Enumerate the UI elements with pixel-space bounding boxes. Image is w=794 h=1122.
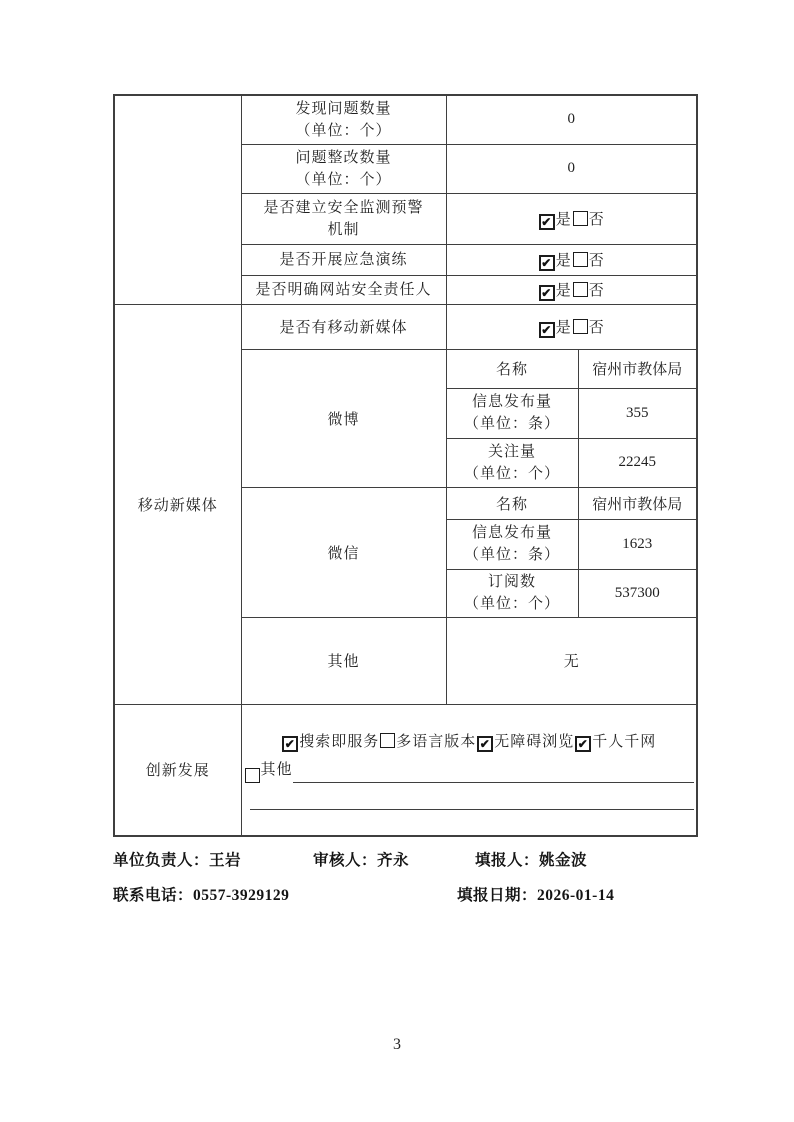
- phone-label: 联系电话：: [113, 887, 193, 904]
- label-line: 是否开展应急演练: [244, 249, 444, 271]
- check-icon: ✔: [541, 256, 552, 270]
- label-unit-line: （单位：条）: [449, 544, 576, 566]
- cell-wechat-title: 微信: [241, 487, 446, 617]
- phone-value: 0557-3929129: [193, 887, 289, 904]
- cell-security-owner-label: 是否明确网站安全责任人: [241, 275, 446, 304]
- cell-wechat-posts-label: 信息发布量 （单位：条）: [446, 519, 578, 569]
- cell-monitor-warning-value: ✔是✔否: [446, 193, 697, 244]
- cell-section-innovation: 创新发展: [114, 704, 241, 836]
- cell-wechat-subscribers-label: 订阅数 （单位：个）: [446, 569, 578, 617]
- cell-found-issues-label: 发现问题数量 （单位：个）: [241, 95, 446, 144]
- checkbox-no-icon: ✔: [573, 282, 588, 297]
- checkbox-other-icon: ✔: [245, 768, 260, 783]
- cell-weibo-posts-label: 信息发布量 （单位：条）: [446, 388, 578, 438]
- yes-no-group: ✔是✔否: [538, 283, 605, 299]
- innovation-extra-line: [244, 793, 695, 810]
- filler-label: 填报人：: [475, 852, 539, 869]
- label-line: 是否建立安全监测预警: [244, 197, 444, 219]
- filler-field: 填报人：姚金波: [475, 848, 587, 870]
- extra-fill-in-line: [250, 793, 695, 810]
- cell-other-media-value: 无: [446, 617, 697, 704]
- yes-label: 是: [556, 212, 572, 228]
- label-line: 问题整改数量: [244, 147, 444, 169]
- yes-label: 是: [556, 283, 572, 299]
- filler-value: 姚金波: [539, 852, 587, 869]
- yes-no-group: ✔是✔否: [538, 320, 605, 336]
- label-line: 订阅数: [449, 571, 576, 593]
- option-personalized-label: 千人千网: [592, 734, 656, 750]
- cell-other-media-label: 其他: [241, 617, 446, 704]
- yes-no-group: ✔是✔否: [538, 212, 605, 228]
- check-icon: ✔: [578, 737, 589, 751]
- no-label: 否: [589, 253, 605, 269]
- cell-wechat-name-value: 宿州市教体局: [578, 487, 697, 519]
- report-date-field: 填报日期：2026-01-14: [457, 883, 614, 905]
- cell-wechat-name-label: 名称: [446, 487, 578, 519]
- checkbox-yes-icon: ✔: [539, 255, 555, 271]
- reviewer-field: 审核人：齐永: [313, 848, 409, 870]
- check-icon: ✔: [541, 286, 552, 300]
- option-search-service-label: 搜索即服务: [299, 734, 379, 750]
- cell-has-mobile-media-value: ✔是✔否: [446, 304, 697, 349]
- cell-monitor-warning-label: 是否建立安全监测预警 机制: [241, 193, 446, 244]
- label-line: 信息发布量: [449, 522, 576, 544]
- checkbox-yes-icon: ✔: [539, 285, 555, 301]
- report-page: 发现问题数量 （单位：个） 0 问题整改数量 （单位：个） 0 是否建立安全监测…: [0, 0, 794, 1122]
- cell-section-mobile-media: 移动新媒体: [114, 304, 241, 704]
- yes-label: 是: [556, 320, 572, 336]
- checkbox-accessibility-icon: ✔: [477, 736, 493, 752]
- option-multilingual-label: 多语言版本: [396, 734, 476, 750]
- no-label: 否: [589, 320, 605, 336]
- label-line: 关注量: [449, 441, 576, 463]
- label-unit-line: （单位：个）: [449, 463, 576, 485]
- check-icon: ✔: [541, 323, 552, 337]
- cell-wechat-subscribers-value: 537300: [578, 569, 697, 617]
- checkbox-personalized-icon: ✔: [575, 736, 591, 752]
- label-line: 是否明确网站安全责任人: [244, 279, 444, 301]
- innovation-options-line: ✔搜索即服务✔多语言版本✔无障碍浏览✔千人千网: [244, 729, 695, 755]
- check-icon: ✔: [541, 215, 552, 229]
- cell-has-mobile-media-label: 是否有移动新媒体: [241, 304, 446, 349]
- cell-weibo-title: 微博: [241, 349, 446, 487]
- checkbox-search-service-icon: ✔: [282, 736, 298, 752]
- report-date-label: 填报日期：: [457, 887, 537, 904]
- label-line: 发现问题数量: [244, 98, 444, 120]
- innovation-other-line: ✔其他: [244, 757, 695, 783]
- label-unit-line: （单位：个）: [244, 169, 444, 191]
- cell-wechat-posts-value: 1623: [578, 519, 697, 569]
- table-row: 创新发展 ✔搜索即服务✔多语言版本✔无障碍浏览✔千人千网 ✔其他: [114, 704, 697, 836]
- option-accessibility-label: 无障碍浏览: [494, 734, 574, 750]
- page-number: 3: [0, 1036, 794, 1054]
- no-label: 否: [589, 283, 605, 299]
- checkbox-no-icon: ✔: [573, 252, 588, 267]
- cell-emergency-drill-label: 是否开展应急演练: [241, 244, 446, 275]
- cell-emergency-drill-value: ✔是✔否: [446, 244, 697, 275]
- unit-head-value: 王岩: [209, 852, 241, 869]
- cell-section-continuation: [114, 95, 241, 304]
- label-unit-line: （单位：条）: [449, 413, 576, 435]
- yes-no-group: ✔是✔否: [538, 253, 605, 269]
- cell-rectified-issues-label: 问题整改数量 （单位：个）: [241, 144, 446, 193]
- cell-security-owner-value: ✔是✔否: [446, 275, 697, 304]
- label-unit-line: （单位：个）: [244, 120, 444, 142]
- check-icon: ✔: [480, 737, 491, 751]
- other-fill-in-line: [293, 762, 694, 783]
- report-date-value: 2026-01-14: [537, 887, 614, 904]
- yes-label: 是: [556, 253, 572, 269]
- cell-weibo-name-label: 名称: [446, 349, 578, 388]
- option-other-label: 其他: [261, 757, 293, 783]
- unit-head-label: 单位负责人：: [113, 852, 209, 869]
- table-row: 移动新媒体 是否有移动新媒体 ✔是✔否: [114, 304, 697, 349]
- cell-found-issues-value: 0: [446, 95, 697, 144]
- label-line: 机制: [244, 219, 444, 241]
- checkbox-yes-icon: ✔: [539, 214, 555, 230]
- checkbox-no-icon: ✔: [573, 211, 588, 226]
- cell-innovation-content: ✔搜索即服务✔多语言版本✔无障碍浏览✔千人千网 ✔其他: [241, 704, 697, 836]
- cell-weibo-posts-value: 355: [578, 388, 697, 438]
- report-table: 发现问题数量 （单位：个） 0 问题整改数量 （单位：个） 0 是否建立安全监测…: [113, 94, 698, 837]
- reviewer-value: 齐永: [377, 852, 409, 869]
- unit-head-field: 单位负责人：王岩: [113, 848, 241, 870]
- table-row: 发现问题数量 （单位：个） 0: [114, 95, 697, 144]
- no-label: 否: [589, 212, 605, 228]
- check-icon: ✔: [285, 737, 296, 751]
- label-line: 信息发布量: [449, 391, 576, 413]
- cell-weibo-followers-value: 22245: [578, 438, 697, 487]
- label-unit-line: （单位：个）: [449, 593, 576, 615]
- checkbox-yes-icon: ✔: [539, 322, 555, 338]
- cell-rectified-issues-value: 0: [446, 144, 697, 193]
- cell-weibo-followers-label: 关注量 （单位：个）: [446, 438, 578, 487]
- cell-weibo-name-value: 宿州市教体局: [578, 349, 697, 388]
- checkbox-no-icon: ✔: [573, 319, 588, 334]
- checkbox-multilingual-icon: ✔: [380, 733, 395, 748]
- phone-field: 联系电话：0557-3929129: [113, 883, 289, 905]
- reviewer-label: 审核人：: [313, 852, 377, 869]
